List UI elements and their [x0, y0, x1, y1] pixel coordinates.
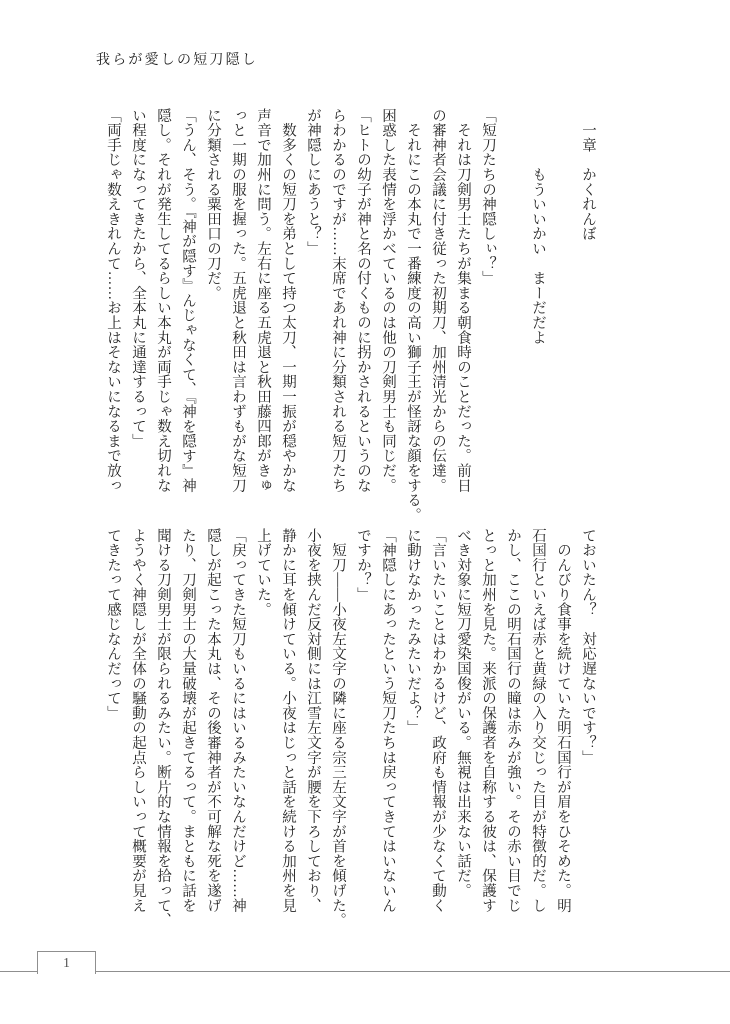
- text-column: 「短刀たちの神隠しぃ？」: [475, 108, 500, 494]
- text-column: 困惑した表情を浮かべているのは他の刀剣男士も同じだ。: [375, 108, 400, 494]
- text-column: 数多くの短刀を弟として持つ太刀、一期一振が穏やかな: [275, 108, 300, 494]
- text-column: 隠し。それが発生してるらしい本丸が両手じゃ数え切れな: [150, 108, 175, 494]
- text-column: とっと加州を見た。来派の保護者を自称する彼は、保護す: [475, 528, 500, 914]
- text-column: もういいかい まーだだよ: [525, 108, 550, 494]
- text-column: 静かに耳を傾けている。小夜はじっと話を続ける加州を見: [275, 528, 300, 914]
- text-column: が神隠しにあうと？」: [300, 108, 325, 494]
- text-column: らわかるのですが……末席であれ神に分類される短刀たち: [325, 108, 350, 494]
- text-column: [550, 108, 575, 494]
- text-column: のんびり食事を続けていた明石国行が眉をひそめた。明: [550, 528, 575, 914]
- text-column: 「神隠しにあったという短刀たちは戻ってきてはいないん: [375, 528, 400, 914]
- text-column: っと一期の服を握った。五虎退と秋田は言わずもがな短刀: [225, 108, 250, 494]
- text-column: 声音で加州に問う。左右に座る五虎退と秋田藤四郎がきゅ: [250, 108, 275, 494]
- text-column: 隠しが起こった本丸は、その後審神者が不可解な死を遂げ: [200, 528, 225, 914]
- text-column: ようやく神隠しが全体の騒動の起点らしいって概要が見え: [125, 528, 150, 914]
- text-column: べき対象に短刀愛染国俊がいる。無視は出来ない話だ。: [450, 528, 475, 914]
- page-number: 1: [63, 955, 70, 970]
- text-column: 「戻ってきた短刀もいるにはいるみたいなんだけど……神: [225, 528, 250, 914]
- page-number-tab: 1: [37, 951, 96, 974]
- text-column: それにこの本丸で一番練度の高い獅子王が怪訝な顔をする。: [400, 108, 425, 494]
- running-header-title: 我らが愛しの短刀隠し: [96, 49, 258, 69]
- text-column: の審神者会議に付き従った初期刀、加州清光からの伝達。: [425, 108, 450, 494]
- text-column: ておいたん？ 対応遅ないです？」: [575, 528, 600, 914]
- text-column: 「言いたいことはわかるけど、政府も情報が少なくて動く: [425, 528, 450, 914]
- footer-rule: [0, 971, 730, 972]
- text-column: ですか？」: [350, 528, 375, 914]
- text-column: 「うん、そう。『神が隠す』んじゃなくて、『神を隠す』神: [175, 108, 200, 494]
- text-column: 一章 かくれんぼ: [575, 108, 600, 494]
- text-column: い程度になってきたから、全本丸に通達するって」: [125, 108, 150, 494]
- text-tier-top: 一章 かくれんぼ もういいかい まーだだよ「短刀たちの神隠しぃ？」 それは刀剣男…: [100, 108, 600, 494]
- text-column: それは刀剣男士たちが集まる朝食時のことだった。前日: [450, 108, 475, 494]
- text-column: に分類される粟田口の刀だ。: [200, 108, 225, 494]
- text-column: に動けなかったみたいだよ？」: [400, 528, 425, 914]
- text-column: 「両手じゃ数えきれんて……お上はそないになるまで放っ: [100, 108, 125, 494]
- text-column: たり、刀剣男士の大量破壊が起きてるって。まともに話を: [175, 528, 200, 914]
- text-column: [500, 108, 525, 494]
- text-column: 石国行といえば赤と黄緑の入り交じった目が特徴的だ。し: [525, 528, 550, 914]
- text-tier-bottom: ておいたん？ 対応遅ないです？」 のんびり食事を続けていた明石国行が眉をひそめた…: [100, 528, 600, 914]
- text-column: 小夜を挟んだ反対側には江雪左文字が腰を下ろしており、: [300, 528, 325, 914]
- text-column: 短刀――小夜左文字の隣に座る宗三左文字が首を傾げた。: [325, 528, 350, 914]
- text-column: てきたって感じなんだって」: [100, 528, 125, 914]
- text-column: かし、ここの明石国行の瞳は赤みが強い。その赤い目でじ: [500, 528, 525, 914]
- book-page: 我らが愛しの短刀隠し 一章 かくれんぼ もういいかい まーだだよ「短刀たちの神隠…: [0, 0, 730, 1024]
- text-column: 聞ける刀剣男士が限られるみたい。断片的な情報を拾って、: [150, 528, 175, 914]
- text-column: 「ヒトの幼子が神と名の付くものに拐かされるというのな: [350, 108, 375, 494]
- text-column: 上げていた。: [250, 528, 275, 914]
